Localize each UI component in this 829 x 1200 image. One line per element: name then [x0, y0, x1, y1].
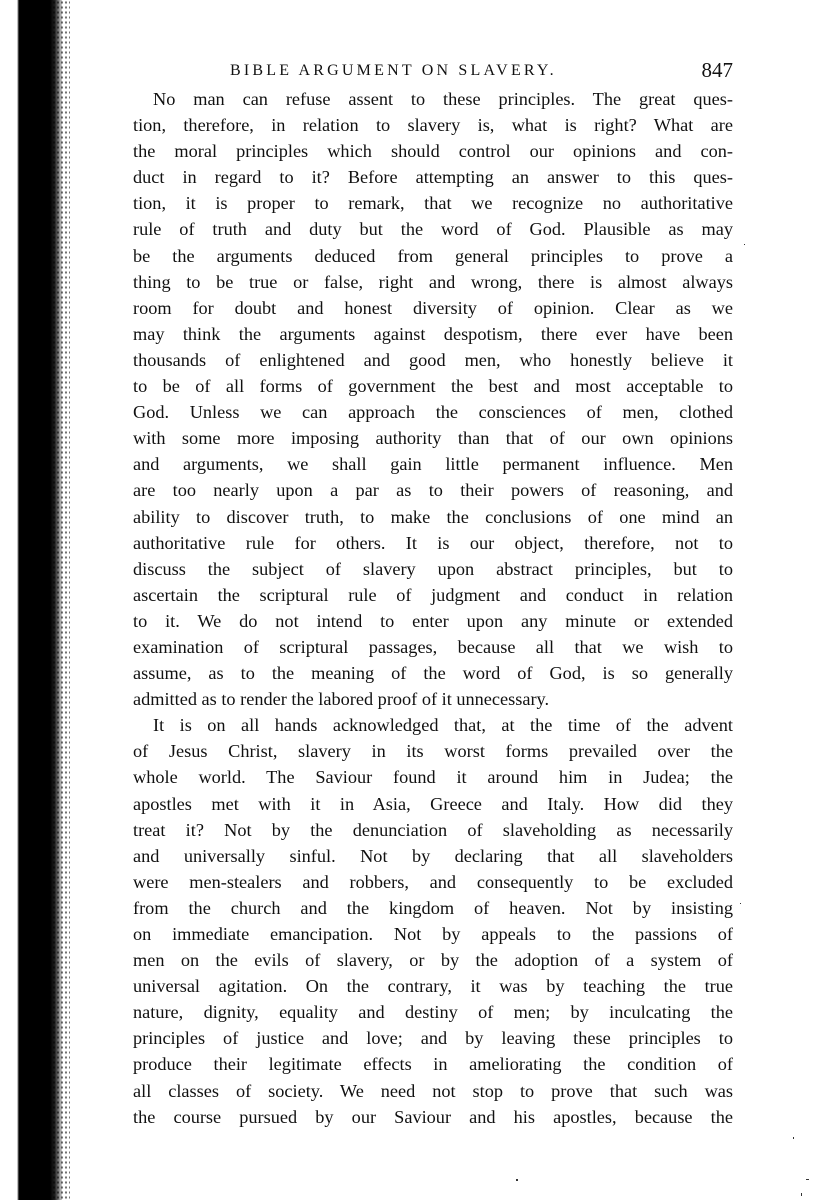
paragraph: It is on all hands acknowledged that, at…: [133, 712, 733, 1130]
text-line: nature, dignity, equality and destiny of…: [133, 999, 733, 1025]
page-number: 847: [702, 58, 734, 83]
text-line: rule of truth and duty but the word of G…: [133, 216, 733, 242]
scan-speck: [801, 1193, 802, 1196]
text-line: examination of scriptural passages, beca…: [133, 634, 733, 660]
text-line: treat it? Not by the denunciation of sla…: [133, 817, 733, 843]
scan-speck: [806, 1179, 809, 1180]
text-line: were men-stealers and robbers, and conse…: [133, 869, 733, 895]
book-page: BIBLE ARGUMENT ON SLAVERY. 847 No man ca…: [133, 58, 733, 1130]
text-line: the course pursued by our Saviour and hi…: [133, 1104, 733, 1130]
binding-speckle: [48, 0, 70, 1200]
scan-speck: [793, 1137, 794, 1139]
text-line: ascertain the scriptural rule of judgmen…: [133, 582, 733, 608]
scan-speck: [516, 1179, 518, 1181]
text-line: ability to discover truth, to make the c…: [133, 504, 733, 530]
text-line: whole world. The Saviour found it around…: [133, 764, 733, 790]
text-line: with some more imposing authority than t…: [133, 425, 733, 451]
text-line: authoritative rule for others. It is our…: [133, 530, 733, 556]
text-line: God. Unless we can approach the conscien…: [133, 399, 733, 425]
paragraph: No man can refuse assent to these princi…: [133, 86, 733, 712]
text-line: on immediate emancipation. Not by appeal…: [133, 921, 733, 947]
text-line: be the arguments deduced from general pr…: [133, 243, 733, 269]
text-line: admitted as to render the labored proof …: [133, 686, 733, 712]
text-line: of Jesus Christ, slavery in its worst fo…: [133, 738, 733, 764]
text-line: to it. We do not intend to enter upon an…: [133, 608, 733, 634]
text-line: tion, it is proper to remark, that we re…: [133, 190, 733, 216]
running-head: BIBLE ARGUMENT ON SLAVERY. 847: [133, 58, 733, 86]
text-line: from the church and the kingdom of heave…: [133, 895, 733, 921]
text-line: and universally sinful. Not by declaring…: [133, 843, 733, 869]
text-line: duct in regard to it? Before attempting …: [133, 164, 733, 190]
text-line: produce their legitimate effects in amel…: [133, 1051, 733, 1077]
body-text: No man can refuse assent to these princi…: [133, 86, 733, 1130]
text-line: thing to be true or false, right and wro…: [133, 269, 733, 295]
text-line: tion, therefore, in relation to slavery …: [133, 112, 733, 138]
text-line: principles of justice and love; and by l…: [133, 1025, 733, 1051]
text-line: all classes of society. We need not stop…: [133, 1078, 733, 1104]
text-line: apostles met with it in Asia, Greece and…: [133, 791, 733, 817]
text-line: are too nearly upon a par as to their po…: [133, 477, 733, 503]
text-line: No man can refuse assent to these princi…: [133, 86, 733, 112]
text-line: thousands of enlightened and good men, w…: [133, 347, 733, 373]
text-line: room for doubt and honest diversity of o…: [133, 295, 733, 321]
scan-speck: [740, 903, 741, 904]
text-line: to be of all forms of government the bes…: [133, 373, 733, 399]
scan-speck: [744, 244, 745, 245]
text-line: may think the arguments against despotis…: [133, 321, 733, 347]
running-head-title: BIBLE ARGUMENT ON SLAVERY.: [230, 62, 557, 80]
text-line: universal agitation. On the contrary, it…: [133, 973, 733, 999]
text-line: assume, as to the meaning of the word of…: [133, 660, 733, 686]
text-line: men on the evils of slavery, or by the a…: [133, 947, 733, 973]
text-line: the moral principles which should contro…: [133, 138, 733, 164]
text-line: and arguments, we shall gain little perm…: [133, 451, 733, 477]
text-line: It is on all hands acknowledged that, at…: [133, 712, 733, 738]
text-line: discuss the subject of slavery upon abst…: [133, 556, 733, 582]
